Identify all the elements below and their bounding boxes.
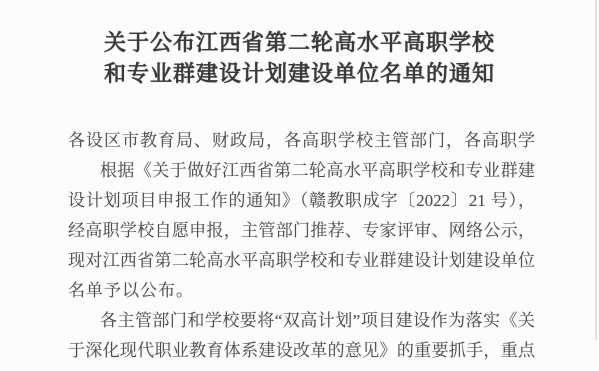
document-title: 关于公布江西省第二轮高水平高职学校 和专业群建设计划建设单位名单的通知: [0, 27, 599, 89]
body-line: 各主管部门和学校要将“双高计划”项目建设作为落实《关: [68, 306, 535, 336]
document-body: 各设区市教育局、财政局，各高职学校主管部门，各高职学校： 根据《关于做好江西省第…: [68, 126, 535, 366]
salutation-line: 各设区市教育局、财政局，各高职学校主管部门，各高职学校：: [68, 126, 535, 156]
body-line: 现对江西省第二轮高水平高职学校和专业群建设计划建设单位: [68, 246, 535, 276]
document-page: 关于公布江西省第二轮高水平高职学校 和专业群建设计划建设单位名单的通知 各设区市…: [0, 0, 599, 371]
document-title-line-1: 关于公布江西省第二轮高水平高职学校: [0, 27, 599, 58]
body-line: 根据《关于做好江西省第二轮高水平高职学校和专业群建: [68, 156, 535, 186]
body-line: 经高职学校自愿申报，主管部门推荐、专家评审、网络公示，: [68, 216, 535, 246]
document-title-line-2: 和专业群建设计划建设单位名单的通知: [0, 58, 599, 89]
scan-edge-artifact: [595, 0, 597, 340]
body-line: 设计划项目申报工作的通知》（赣教职成字〔2022〕21 号），: [68, 186, 535, 216]
body-line: 于深化现代职业教育体系建设改革的意见》的重要抓手，重点: [68, 336, 535, 366]
body-line: 名单予以公布。: [68, 276, 535, 306]
